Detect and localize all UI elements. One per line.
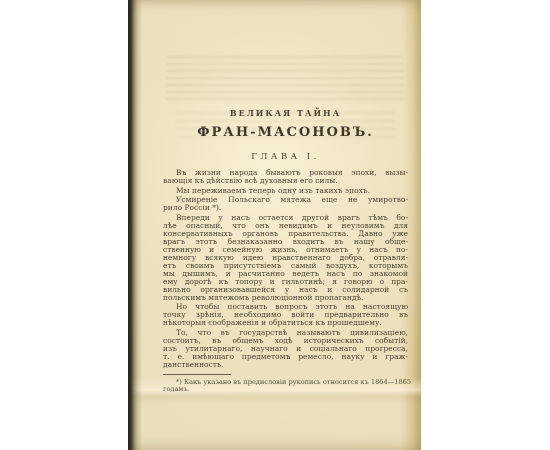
text-line: рило Россіи *). bbox=[163, 204, 408, 212]
paragraph: Въ жизни народа бываютъ роковыя эпохи, в… bbox=[163, 169, 408, 185]
paragraph: Усмиреніе Польскаго мятежа еще не умирот… bbox=[163, 196, 408, 212]
book-page: ВЕЛИКАЯ ТАЙНА ФРАН-МАСОНОВЪ. ГЛАВА I. Въ… bbox=[128, 0, 421, 450]
footnote-rule bbox=[163, 374, 231, 375]
text-line: *) Какъ указано въ предисловіи рукопись … bbox=[163, 379, 408, 386]
paragraph: Впереди у насъ остается другой врагъ тѣм… bbox=[163, 214, 408, 302]
book-title-line1: ВЕЛИКАЯ ТАЙНА bbox=[163, 108, 408, 118]
gutter-shadow bbox=[128, 0, 142, 450]
paragraph: Но чтобы поставить вопросъ этотъ на наст… bbox=[163, 303, 408, 327]
paragraphs: Въ жизни народа бываютъ роковыя эпохи, в… bbox=[163, 169, 408, 369]
text-block: ВЕЛИКАЯ ТАЙНА ФРАН-МАСОНОВЪ. ГЛАВА I. Въ… bbox=[163, 0, 408, 393]
text-line: годамъ. bbox=[163, 386, 408, 393]
text-line: вающія къ дѣйствію всѣ духовныя его силы… bbox=[163, 177, 408, 185]
paragraph: Мы переживаемъ теперь одну изъ такихъ эп… bbox=[163, 187, 408, 195]
text-line: нѣкоторыя соображенія и обратиться къ пр… bbox=[163, 319, 408, 327]
text-line: данственность. bbox=[163, 361, 408, 369]
text-line: польскимъ мятежомъ революціонной пропага… bbox=[163, 294, 408, 302]
paragraph: То, что въ государствѣ называютъ цивилиз… bbox=[163, 329, 408, 369]
book-title-line2: ФРАН-МАСОНОВЪ. bbox=[163, 125, 408, 140]
chapter-heading: ГЛАВА I. bbox=[163, 152, 408, 162]
text-line: Мы переживаемъ теперь одну изъ такихъ эп… bbox=[163, 187, 408, 195]
footnote: *) Какъ указано въ предисловіи рукопись … bbox=[163, 379, 408, 394]
